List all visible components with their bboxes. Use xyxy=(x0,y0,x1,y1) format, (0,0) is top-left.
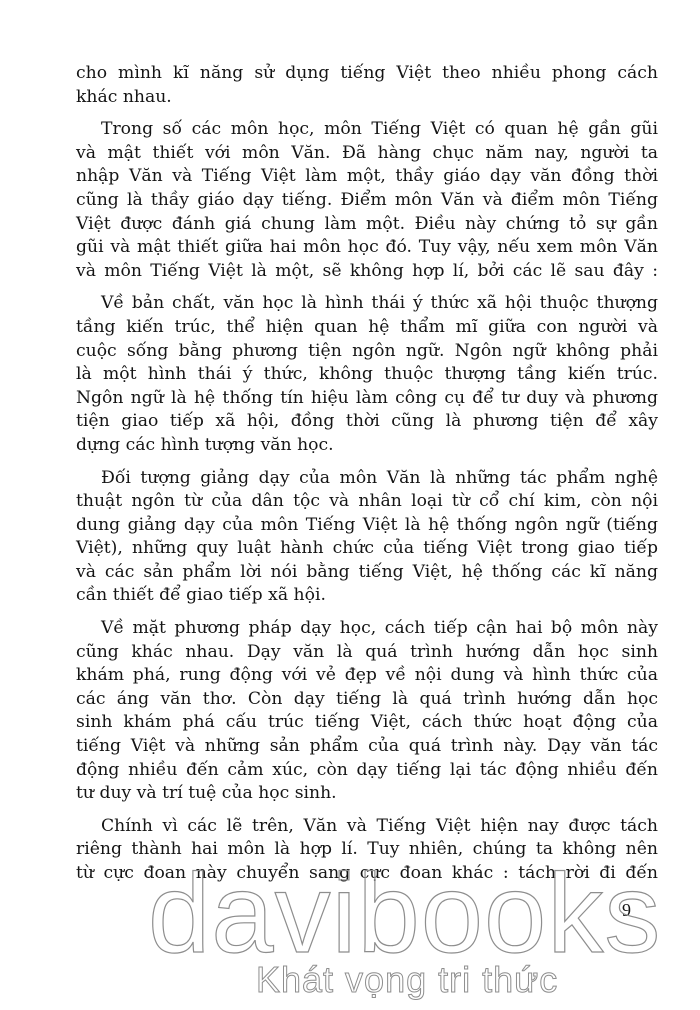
text-line: Chính vì các lẽ trên, Văn và Tiếng Việt … xyxy=(76,815,658,839)
text-line: và mật thiết với môn Văn. Đã hàng chục n… xyxy=(76,142,658,166)
text-line: nhập Văn và Tiếng Việt làm một, thầy giá… xyxy=(76,165,658,189)
text-line: sinh khám phá cấu trúc tiếng Việt, cách … xyxy=(76,711,658,735)
text-line: cần thiết để giao tiếp xã hội. xyxy=(76,584,658,608)
paragraph-1: cho mình kĩ năng sử dụng tiếng Việt theo… xyxy=(76,62,658,109)
text-line: Việt), những quy luật hành chức của tiến… xyxy=(76,537,658,561)
text-line: cũng khác nhau. Dạy văn là quá trình hướ… xyxy=(76,641,658,665)
paragraph-4: Đối tượng giảng dạy của môn Văn là những… xyxy=(76,467,658,609)
text-line: cuộc sống bằng phương tiện ngôn ngữ. Ngô… xyxy=(76,340,658,364)
book-page-body: cho mình kĩ năng sử dụng tiếng Việt theo… xyxy=(76,62,658,895)
text-line: thuật ngôn từ của dân tộc và nhân loại t… xyxy=(76,490,658,514)
text-line: Trong số các môn học, môn Tiếng Việt có … xyxy=(76,118,658,142)
text-line: Về bản chất, văn học là hình thái ý thức… xyxy=(76,292,658,316)
text-line: Việt được đánh giá chung làm một. Điều n… xyxy=(76,213,658,237)
paragraph-3: Về bản chất, văn học là hình thái ý thức… xyxy=(76,292,658,457)
watermark-slogan: Khát vọng tri thức xyxy=(256,962,558,998)
watermark-brand: davibooks xyxy=(148,858,661,970)
text-line: cho mình kĩ năng sử dụng tiếng Việt theo… xyxy=(76,62,658,86)
text-line: các áng văn thơ. Còn dạy tiếng là quá tr… xyxy=(76,688,658,712)
text-line: và môn Tiếng Việt là một, sẽ không hợp l… xyxy=(76,260,658,284)
text-line: Về mặt phương pháp dạy học, cách tiếp cậ… xyxy=(76,617,658,641)
text-line: Ngôn ngữ là hệ thống tín hiệu làm công c… xyxy=(76,387,658,411)
text-line: khác nhau. xyxy=(76,86,658,110)
text-line: động nhiều đến cảm xúc, còn dạy tiếng lạ… xyxy=(76,759,658,783)
text-line: dựng các hình tượng văn học. xyxy=(76,434,658,458)
paragraph-2: Trong số các môn học, môn Tiếng Việt có … xyxy=(76,118,658,283)
text-line: cũng là thầy giáo dạy tiếng. Điểm môn Vă… xyxy=(76,189,658,213)
text-line: và các sản phẩm lời nói bằng tiếng Việt,… xyxy=(76,561,658,585)
paragraph-5: Về mặt phương pháp dạy học, cách tiếp cậ… xyxy=(76,617,658,806)
text-line: tầng kiến trúc, thể hiện quan hệ thẩm mĩ… xyxy=(76,316,658,340)
text-line: tư duy và trí tuệ của học sinh. xyxy=(76,782,658,806)
text-line: dung giảng dạy của môn Tiếng Việt là hệ … xyxy=(76,514,658,538)
text-line: tiện giao tiếp xã hội, đồng thời cũng là… xyxy=(76,410,658,434)
text-line: Đối tượng giảng dạy của môn Văn là những… xyxy=(76,467,658,491)
text-line: là một hình thái ý thức, không thuộc thư… xyxy=(76,363,658,387)
text-line: gũi và mật thiết giữa hai môn học đó. Tu… xyxy=(76,236,658,260)
text-line: khám phá, rung động với vẻ đẹp về nội du… xyxy=(76,664,658,688)
text-line: tiếng Việt và những sản phẩm của quá trì… xyxy=(76,735,658,759)
